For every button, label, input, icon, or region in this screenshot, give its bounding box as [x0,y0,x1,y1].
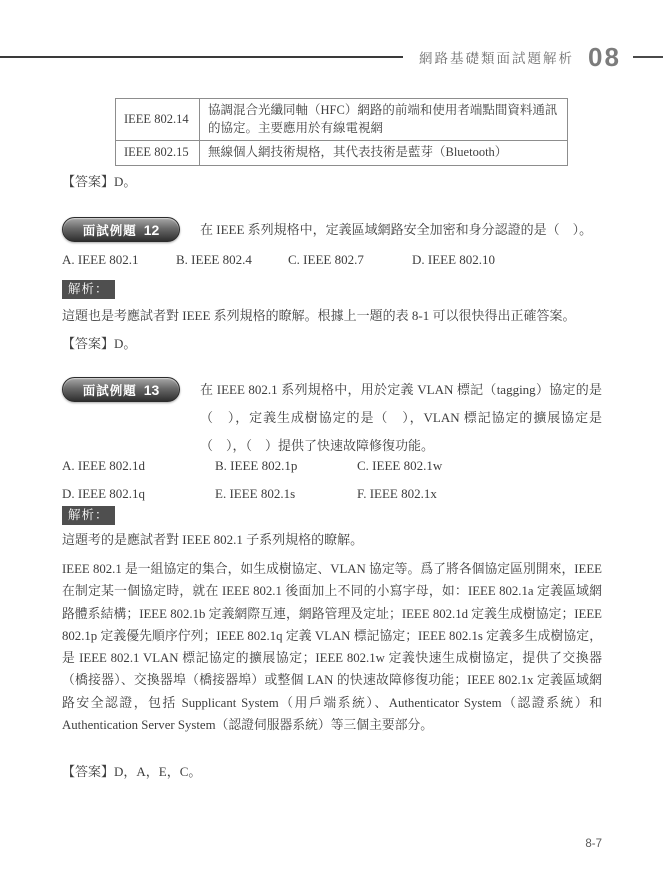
answer-line-prev: 【答案】D。 [62,172,602,192]
option-e: E. IEEE 802.1s [215,480,357,508]
table-row: IEEE 802.14 協調混合光纖同軸（HFC）網路的前端和使用者端點間資料通… [116,99,568,141]
question-badge-13: 面試例題 13 [62,377,180,402]
page-number: 8-7 [585,838,602,850]
badge-number: 12 [144,222,160,238]
option-c: C. IEEE 802.1w [357,452,602,480]
analysis-label-13: 解析： [62,506,115,525]
header-rule-right [633,56,663,58]
analysis-intro-13: 這題考的是應試者對 IEEE 802.1 子系列規格的瞭解。 [62,530,602,550]
option-d: D. IEEE 802.10 [412,250,602,270]
question-badge-12: 面試例題 12 [62,217,180,242]
question-12: 面試例題 12 在 IEEE 系列規格中，定義區域網路安全加密和身分認證的是（ … [62,217,602,242]
chapter-title: 網路基礎類面試題解析 [419,47,574,67]
header-rule-left [0,56,403,58]
option-f: F. IEEE 802.1x [357,480,602,508]
analysis-text-12: 這題也是考應試者對 IEEE 系列規格的瞭解。根據上一題的表 8-1 可以很快得… [62,306,602,326]
option-b: B. IEEE 802.1p [215,452,357,480]
analysis-section-12: 解析： [62,280,602,299]
options-13: A. IEEE 802.1d B. IEEE 802.1p C. IEEE 80… [62,452,602,508]
badge-label: 面試例題 [83,221,137,239]
document-page: 網路基礎類面試題解析 08 IEEE 802.14 協調混合光纖同軸（HFC）網… [0,0,663,890]
options-12: A. IEEE 802.1 B. IEEE 802.4 C. IEEE 802.… [62,250,602,270]
option-a: A. IEEE 802.1d [62,452,215,480]
answer-line-13: 【答案】D，A，E，C。 [62,762,602,782]
badge-number: 13 [144,382,160,398]
analysis-label-12: 解析： [62,280,115,299]
analysis-section-13: 解析： [62,506,602,525]
analysis-body-13: IEEE 802.1 是一組協定的集合，如生成樹協定、VLAN 協定等。爲了將各… [62,558,602,736]
spec-desc: 無線個人網技術規格，其代表技術是藍芽（Bluetooth） [200,141,568,166]
page-header: 網路基礎類面試題解析 08 [0,42,663,72]
option-c: C. IEEE 802.7 [288,250,412,270]
question-text-12: 在 IEEE 系列規格中，定義區域網路安全加密和身分認證的是（ ）。 [200,217,592,242]
question-text-13: 在 IEEE 802.1 系列規格中，用於定義 VLAN 標記（tagging）… [200,376,602,460]
option-d: D. IEEE 802.1q [62,480,215,508]
spec-term: IEEE 802.15 [116,141,200,166]
spec-desc: 協調混合光纖同軸（HFC）網路的前端和使用者端點間資料通訊的協定。主要應用於有線… [200,99,568,141]
badge-label: 面試例題 [83,381,137,399]
table-row: IEEE 802.15 無線個人網技術規格，其代表技術是藍芽（Bluetooth… [116,141,568,166]
option-a: A. IEEE 802.1 [62,250,176,270]
chapter-number: 08 [588,44,621,70]
option-b: B. IEEE 802.4 [176,250,288,270]
spec-term: IEEE 802.14 [116,99,200,141]
ieee-spec-table: IEEE 802.14 協調混合光纖同軸（HFC）網路的前端和使用者端點間資料通… [115,98,568,166]
answer-line-12: 【答案】D。 [62,334,602,354]
question-13: 面試例題 13 在 IEEE 802.1 系列規格中，用於定義 VLAN 標記（… [62,377,602,460]
